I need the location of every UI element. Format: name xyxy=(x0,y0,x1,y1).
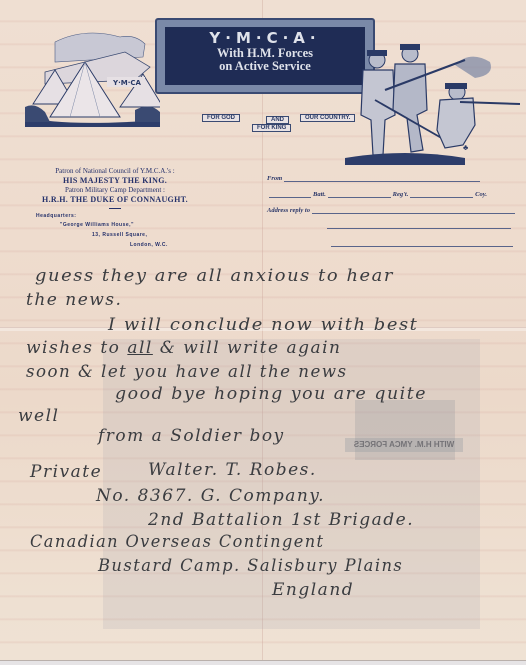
svg-text:Y·M·CA: Y·M·CA xyxy=(112,79,141,87)
unit-row: Batt. Reg't. Coy. xyxy=(267,191,487,198)
letter-line-1: guess they are all anxious to hear xyxy=(35,266,394,286)
address-label: Address reply to xyxy=(267,207,310,214)
patron-line3: Patron Military Camp Department : xyxy=(30,186,200,195)
signature-contingent: Canadian Overseas Contingent xyxy=(30,532,324,552)
tent-camp-illustration: Y·M·CA xyxy=(25,22,160,127)
letter-line-7: well xyxy=(18,406,60,426)
coy-label: Coy. xyxy=(475,191,487,198)
banner-title: Y·M·C·A· xyxy=(165,29,365,47)
signature-rank: Private xyxy=(30,462,102,482)
address-field-1 xyxy=(312,208,515,214)
motto-and: AND xyxy=(266,116,289,124)
patron-line1: Patron of National Council of Y.M.C.A.'s… xyxy=(30,167,200,176)
ymca-banner: Y·M·C·A· With H.M. Forces on Active Serv… xyxy=(155,18,375,94)
from-field xyxy=(284,176,480,182)
batt-label: Batt. xyxy=(313,191,326,198)
signature-camp: Bustard Camp. Salisbury Plains xyxy=(98,556,403,576)
signature-country: England xyxy=(272,580,354,600)
patron-line4: H.R.H. THE DUKE OF CONNAUGHT. xyxy=(30,195,200,205)
stamp-text: WITH H.M. YMCA FORCES xyxy=(345,438,463,452)
patron-block: Patron of National Council of Y.M.C.A.'s… xyxy=(30,167,200,212)
address-field-2 xyxy=(327,223,511,229)
hq-line1: "George Williams House," xyxy=(60,222,134,228)
divider xyxy=(109,208,121,209)
signature-unit: 2nd Battalion 1st Brigade. xyxy=(148,510,414,530)
motto-for-god: FOR GOD xyxy=(202,114,240,122)
hq-label: Headquarters: xyxy=(36,213,76,219)
letter-line-4: wishes to all & will write again xyxy=(26,338,342,358)
signature-name: Walter. T. Robes. xyxy=(148,460,317,480)
from-label: From xyxy=(267,175,282,182)
motto-for-king: FOR KING xyxy=(252,124,291,132)
letter-line-3: I will conclude now with best xyxy=(108,315,418,335)
address-row: Address reply to xyxy=(267,207,517,214)
banner-line2: on Active Service xyxy=(165,60,365,73)
soldiers-illustration: ♣ xyxy=(345,30,520,170)
address-field-3 xyxy=(331,241,513,247)
letter-line-5: soon & let you have all the news xyxy=(26,362,348,382)
underlined-all: all xyxy=(127,338,153,358)
regt-label: Reg't. xyxy=(393,191,409,198)
letter-line-6: good bye hoping you are quite xyxy=(115,384,427,404)
signature-number: No. 8367. G. Company. xyxy=(96,486,325,506)
letter-closing: from a Soldier boy xyxy=(98,426,285,446)
letter-line-2: the news. xyxy=(26,290,122,310)
from-row: From xyxy=(267,175,482,182)
patron-line2: HIS MAJESTY THE KING. xyxy=(30,176,200,186)
hq-line2: 13, Russell Square, xyxy=(92,232,147,238)
svg-text:♣: ♣ xyxy=(463,143,469,152)
scan-edge xyxy=(0,660,526,665)
hq-line3: London, W.C. xyxy=(130,242,168,248)
